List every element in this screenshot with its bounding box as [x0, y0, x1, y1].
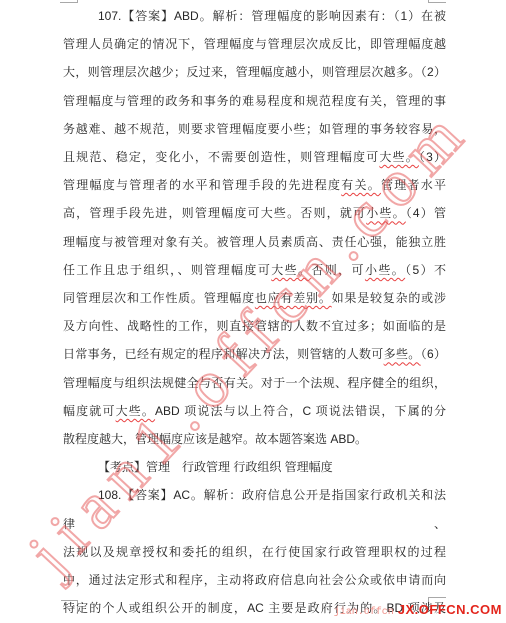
text-line: 管理人员确定的情况下，管理幅度与管理层次成反比，即管理幅度越: [63, 30, 446, 58]
text-line: 且规范、稳定，变化小，不需要创造性，则管理幅度可大些。（3）: [63, 143, 446, 171]
text-segment: 否则，可: [311, 263, 365, 277]
text-line: 理幅度与被管理对象有关。被管理人员素质高、责任心强，能独立胜: [63, 228, 446, 256]
text-segment: 日常事务，已经有规定的程序和解决方法，则管辖的人数可: [63, 347, 384, 361]
text-segment: 散程度越大，管理幅度应该是越窄。故本题答案选 ABD。: [63, 432, 367, 446]
spellcheck-squiggle-text: 小些。: [365, 263, 405, 277]
text-segment: 同管理层次和工作性质。管理幅度: [63, 291, 255, 305]
text-line: 【考点】管理 行政管理 行政组织 管理幅度: [63, 453, 446, 481]
text-line: 务越难、越不规范，则要求管理幅度要小些；如管理的事务较容易，: [63, 115, 446, 143]
text-line: 大，则管理层次越少；反过来，管理幅度越小，则管理层次越多。（2）: [63, 58, 446, 86]
text-segment: （4）管: [406, 206, 446, 220]
text-segment: 且规范、稳定，变化小，不需要创造性，则管理幅度可: [63, 150, 379, 164]
text-line: 日常事务，已经有规定的程序和解决方法，则管辖的人数可多些。（6）: [63, 340, 446, 368]
text-line: 同管理层次和工作性质。管理幅度也应有差别。如果是较复杂的或涉: [63, 284, 446, 312]
text-line: 散程度越大，管理幅度应该是越窄。故本题答案选 ABD。: [63, 425, 446, 453]
text-segment: 及方向性、战略性的工作，则直接管辖的人数不宜过多；如面临的是: [63, 319, 446, 333]
text-segment: 大，则管理层次越少；反过来，管理幅度越小，则管理层次越多。（2）: [63, 65, 446, 79]
text-line: 法规以及规章授权和委托的组织，在行使国家行政管理职权的过程: [63, 538, 446, 566]
footer-brand: jian.offcn JX.OFFCN.COM: [334, 602, 502, 618]
text-segment: 管理人员确定的情况下，管理幅度与管理层次成反比，即管理幅度越: [63, 37, 446, 51]
text-line: 107.【答案】ABD。解析：管理幅度的影响因素有：（1）在被: [63, 2, 446, 30]
spellcheck-squiggle-text: 小些。: [366, 206, 406, 220]
text-line: 任工作且忠于组织，、则管理幅度可大些。否则，可小些。（5）不: [63, 256, 446, 284]
text-line: 幅度就可大些。ABD 项说法与以上符合，C 项说法错误，下属的分: [63, 397, 446, 425]
text-segment: （6）: [421, 347, 446, 361]
footer-brand-small: jian.offcn: [334, 607, 394, 618]
text-segment: ABD 项说法与以上符合，C 项说法错误，下属的分: [155, 404, 446, 418]
spellcheck-squiggle-text: 有关。: [341, 178, 381, 192]
text-segment: 任工作且忠于组织，、则管理幅度可: [63, 263, 271, 277]
spellcheck-squiggle-text: 大些。: [271, 263, 311, 277]
spellcheck-squiggle-text: 大些。: [379, 150, 419, 164]
document-page: 107.【答案】ABD。解析：管理幅度的影响因素有：（1）在被管理人员确定的情况…: [0, 0, 506, 623]
text-line: 高，管理手段先进，则管理幅度可大些。否则，就可小些。（4）管: [63, 199, 446, 227]
text-segment: （3）: [419, 150, 446, 164]
text-line: 管理幅度与组织法规健全与否有关。对于一个法规、程序健全的组织，: [63, 369, 446, 397]
text-segment: 如果是较复杂的或涉: [332, 291, 446, 305]
text-line: 中，通过法定形式和程序，主动将政府信息向社会公众或依申请而向: [63, 566, 446, 594]
text-segment: 中，通过法定形式和程序，主动将政府信息向社会公众或依申请而向: [63, 573, 446, 587]
text-segment: 法规以及规章授权和委托的组织，在行使国家行政管理职权的过程: [63, 545, 446, 559]
text-segment: 管理幅度与管理的政务和事务的难易程度和规范程度有关，管理的事: [63, 94, 446, 108]
text-segment: 理幅度与被管理对象有关。被管理人员素质高、责任心强，能独立胜: [63, 235, 446, 249]
document-lines: 107.【答案】ABD。解析：管理幅度的影响因素有：（1）在被管理人员确定的情况…: [63, 2, 446, 622]
text-line: 管理幅度与管理者的水平和管理手段的先进程度有关。管理者水平: [63, 171, 446, 199]
text-segment: 管理者水平: [381, 178, 446, 192]
text-line: 管理幅度与管理的政务和事务的难易程度和规范程度有关，管理的事: [63, 87, 446, 115]
spellcheck-squiggle-text: 大些。: [116, 404, 155, 418]
text-segment: 管理幅度与组织法规健全与否有关。对于一个法规、程序健全的组织，: [63, 376, 446, 390]
text-segment: 108.【答案】AC。解析：政府信息公开是指国家行政机关和法律、: [63, 488, 446, 530]
text-line: 及方向性、战略性的工作，则直接管辖的人数不宜过多；如面临的是: [63, 312, 446, 340]
spellcheck-squiggle-text: 多些。: [384, 347, 421, 361]
text-segment: 管理幅度与管理者的水平和管理手段的先进程度: [63, 178, 341, 192]
text-line: 108.【答案】AC。解析：政府信息公开是指国家行政机关和法律、: [63, 481, 446, 537]
footer-brand-main: JX.OFFCN.COM: [398, 602, 502, 617]
text-segment: 幅度就可: [63, 404, 116, 418]
text-segment: 107.【答案】ABD。解析：管理幅度的影响因素有：（1）在被: [98, 9, 446, 23]
text-segment: 【考点】管理 行政管理 行政组织 管理幅度: [98, 460, 333, 474]
text-segment: 务越难、越不规范，则要求管理幅度要小些；如管理的事务较容易，: [63, 122, 446, 136]
text-segment: 高，管理手段先进，则管理幅度可大些。否则，就可: [63, 206, 366, 220]
text-segment: （5）不: [405, 263, 446, 277]
spellcheck-squiggle-text: 也应有差别。: [255, 291, 332, 305]
